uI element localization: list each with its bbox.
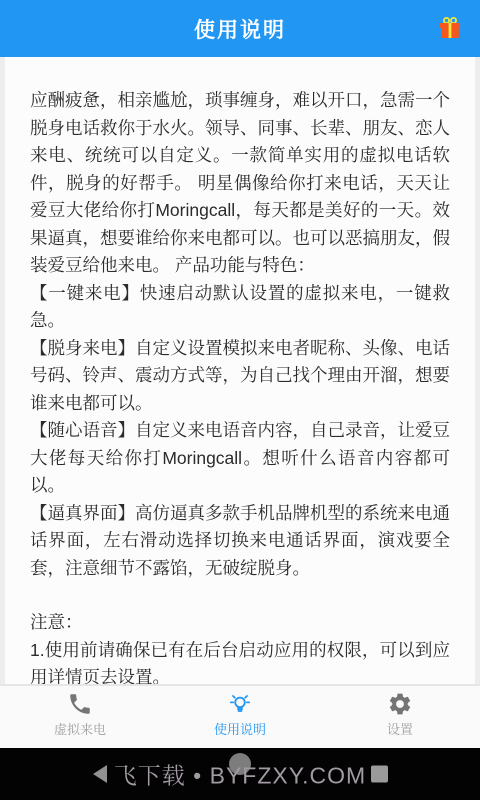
- back-icon[interactable]: [92, 764, 108, 784]
- feature-one-key-call: 【一键来电】快速启动默认设置的虚拟来电，一键救急。: [30, 280, 450, 335]
- instruction-text: 应酬疲惫，相亲尴尬，琐事缠身，难以开口，急需一个脱身电话救你于水火。领导、同事、…: [30, 87, 450, 684]
- notes-title: 注意：: [30, 609, 450, 637]
- page-title: 使用说明: [194, 14, 286, 44]
- content-area[interactable]: 应酬疲惫，相亲尴尬，琐事缠身，难以开口，急需一个脱身电话救你于水火。领导、同事、…: [0, 57, 480, 684]
- feature-escape-call: 【脱身来电】自定义设置模拟来电者昵称、头像、电话号码、铃声、震动方式等，为自己找…: [30, 335, 450, 418]
- tab-settings-label: 设置: [387, 719, 413, 738]
- tab-instructions-label: 使用说明: [214, 719, 266, 738]
- intro-paragraph: 应酬疲惫，相亲尴尬，琐事缠身，难以开口，急需一个脱身电话救你于水火。领导、同事、…: [30, 87, 450, 280]
- home-icon[interactable]: [229, 753, 251, 775]
- gift-icon: [437, 14, 463, 43]
- app-screen: 使用说明 应酬疲惫，相亲尴尬，琐事缠身，难以开口，急需一个脱身电话救你于水火。领…: [0, 0, 480, 800]
- tab-virtual-call[interactable]: 虚拟来电: [0, 686, 160, 748]
- gear-icon: [387, 691, 413, 717]
- bottom-tab-bar: 虚拟来电 使用说明: [0, 684, 480, 748]
- feature-realistic-ui: 【逼真界面】高仿逼真多款手机品牌机型的系统来电通话界面，左右滑动选择切换来电通话…: [30, 500, 450, 583]
- recents-icon[interactable]: [371, 766, 388, 783]
- tab-instructions[interactable]: 使用说明: [160, 686, 320, 748]
- phone-icon: [67, 691, 93, 717]
- gift-button[interactable]: [436, 15, 464, 43]
- feature-custom-voice: 【随心语音】自定义来电语音内容，自己录音，让爱豆大佬每天给你打Moringcal…: [30, 417, 450, 500]
- note-item-1: 1.使用前请确保已有在后台启动应用的权限，可以到应用详情页去设置。: [30, 637, 450, 685]
- instruction-card: 应酬疲惫，相亲尴尬，琐事缠身，难以开口，急需一个脱身电话救你于水火。领导、同事、…: [5, 57, 475, 684]
- android-nav-bar: 飞下载 • BYFZXY.COM: [0, 748, 480, 800]
- tab-settings[interactable]: 设置: [320, 686, 480, 748]
- tab-virtual-call-label: 虚拟来电: [54, 719, 106, 738]
- lightbulb-icon: [227, 691, 253, 717]
- header-bar: 使用说明: [0, 0, 480, 57]
